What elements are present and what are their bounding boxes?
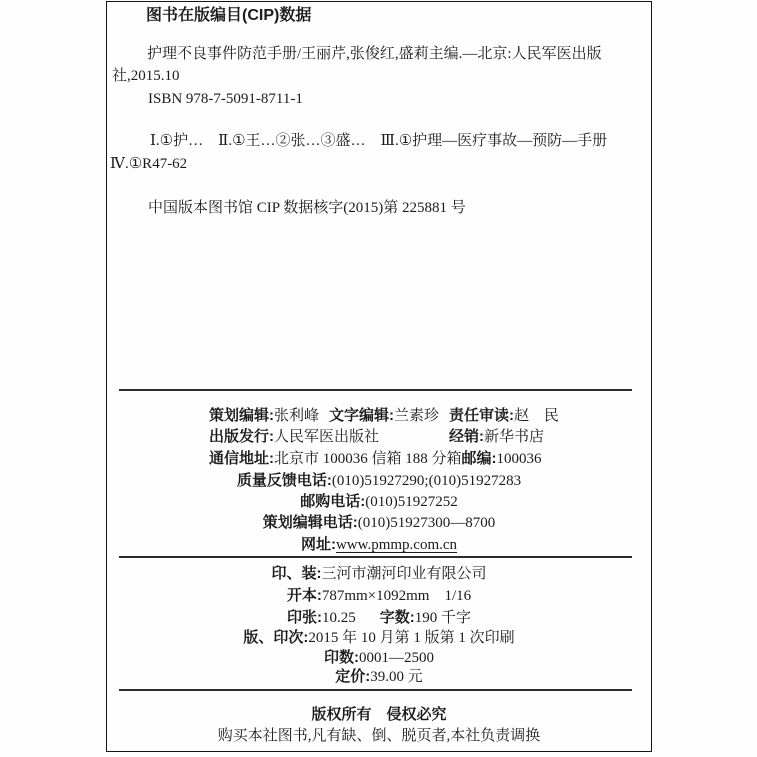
editor-phone-label: 策划编辑电话: — [263, 514, 358, 531]
colophon-row-address: 通信地址:北京市 100036 信箱 188 分箱邮编:100036 — [209, 449, 542, 469]
isbn-line: ISBN 978-7-5091-8711-1 — [148, 90, 303, 109]
website-label: 网址: — [301, 536, 336, 553]
cip-classification-line-2: Ⅳ.①R47-62 — [110, 155, 187, 174]
divider-middle — [119, 556, 632, 558]
sheets-value: 10.25 — [322, 610, 356, 626]
cip-record-number: 中国版本图书馆 CIP 数据核字(2015)第 225881 号 — [148, 199, 466, 218]
planning-editor-label: 策划编辑: — [209, 407, 274, 424]
editor-phone-value: (010)51927300—8700 — [358, 515, 496, 531]
mailing-address-value: 北京市 100036 信箱 188 分箱 — [274, 451, 462, 467]
copyright-notice: 版权所有 侵权必究 — [106, 705, 652, 724]
printer-value: 三河市潮河印业有限公司 — [321, 566, 486, 582]
format-value: 787mm×1092mm 1/16 — [322, 588, 471, 604]
cip-header: 图书在版编目(CIP)数据 — [146, 6, 311, 25]
planning-editor: 策划编辑:张利峰 — [209, 406, 329, 426]
reviewer-value: 赵 民 — [514, 408, 559, 424]
copies-value: 0001—2500 — [359, 650, 434, 666]
sheets: 印张:10.25 — [287, 610, 356, 626]
reviewer: 责任审读:赵 民 — [449, 408, 559, 424]
colophon-row-editors: 策划编辑:张利峰文字编辑:兰素珍责任审读:赵 民 — [209, 406, 559, 426]
mailorder-phone-label: 邮购电话: — [300, 493, 365, 510]
printing-row-printer: 印、装:三河市潮河印业有限公司 — [106, 564, 652, 584]
printing-row-sheets: 印张:10.25字数:190 千字 — [106, 608, 652, 628]
mailorder-phone-value: (010)51927252 — [365, 494, 458, 510]
copies-label: 印数: — [324, 649, 359, 666]
printing-row-price: 定价:39.00 元 — [106, 667, 652, 687]
format-label: 开本: — [287, 587, 322, 604]
mailing-address: 通信地址:北京市 100036 信箱 188 分箱 — [209, 449, 462, 469]
postal-code-value: 100036 — [497, 451, 542, 467]
book-copyright-page: 图书在版编目(CIP)数据 护理不良事件防范手册/王丽芹,张俊红,盛莉主编.—北… — [0, 0, 757, 757]
distributor: 经销:新华书店 — [449, 429, 544, 445]
text-editor: 文字编辑:兰素珍 — [329, 406, 449, 426]
postal-code-label: 邮编: — [462, 450, 497, 467]
edition-value: 2015 年 10 月第 1 版第 1 次印刷 — [308, 630, 514, 646]
printing-row-edition: 版、印次:2015 年 10 月第 1 版第 1 次印刷 — [106, 628, 652, 648]
divider-bottom — [119, 689, 632, 691]
distributor-label: 经销: — [449, 428, 484, 445]
price-label: 定价: — [335, 668, 370, 685]
sheets-label: 印张: — [287, 609, 322, 626]
colophon-row-editor-phone: 策划编辑电话:(010)51927300—8700 — [106, 513, 652, 533]
word-count: 字数:190 千字 — [380, 610, 471, 626]
publisher-value: 人民军医出版社 — [274, 429, 379, 445]
price-value: 39.00 元 — [370, 669, 423, 685]
colophon-row-publisher: 出版发行:人民军医出版社经销:新华书店 — [209, 427, 544, 447]
colophon-row-website: 网址:www.pmmp.com.cn — [106, 535, 652, 555]
printer-label: 印、装: — [271, 565, 321, 582]
cip-title-line-2: 社,2015.10 — [112, 67, 180, 86]
text-editor-value: 兰素珍 — [394, 408, 439, 424]
exchange-note: 购买本社图书,凡有缺、倒、脱页者,本社负责调换 — [106, 727, 652, 746]
publisher-label: 出版发行: — [209, 428, 274, 445]
cip-classification-line-1: Ⅰ.①护… Ⅱ.①王…②张…③盛… Ⅲ.①护理—医疗事故—预防—手册 — [150, 132, 607, 151]
publisher: 出版发行:人民军医出版社 — [209, 427, 449, 447]
mailing-address-label: 通信地址: — [209, 450, 274, 467]
feedback-phone-value: (010)51927290;(010)51927283 — [332, 473, 521, 489]
printing-row-copies: 印数:0001—2500 — [106, 648, 652, 668]
colophon-row-mailorder-phone: 邮购电话:(010)51927252 — [106, 492, 652, 512]
text-editor-label: 文字编辑: — [329, 407, 394, 424]
printing-row-format: 开本:787mm×1092mm 1/16 — [106, 586, 652, 606]
colophon-row-feedback-phone: 质量反馈电话:(010)51927290;(010)51927283 — [106, 471, 652, 491]
website-url: www.pmmp.com.cn — [336, 537, 457, 553]
divider-top — [119, 389, 632, 391]
planning-editor-value: 张利峰 — [274, 408, 319, 424]
word-count-label: 字数: — [380, 609, 415, 626]
edition-label: 版、印次: — [243, 629, 308, 646]
word-count-value: 190 千字 — [415, 610, 471, 626]
postal-code: 邮编:100036 — [462, 451, 542, 467]
reviewer-label: 责任审读: — [449, 407, 514, 424]
feedback-phone-label: 质量反馈电话: — [237, 472, 332, 489]
distributor-value: 新华书店 — [484, 429, 544, 445]
cip-title-line-1: 护理不良事件防范手册/王丽芹,张俊红,盛莉主编.—北京:人民军医出版 — [147, 45, 602, 64]
